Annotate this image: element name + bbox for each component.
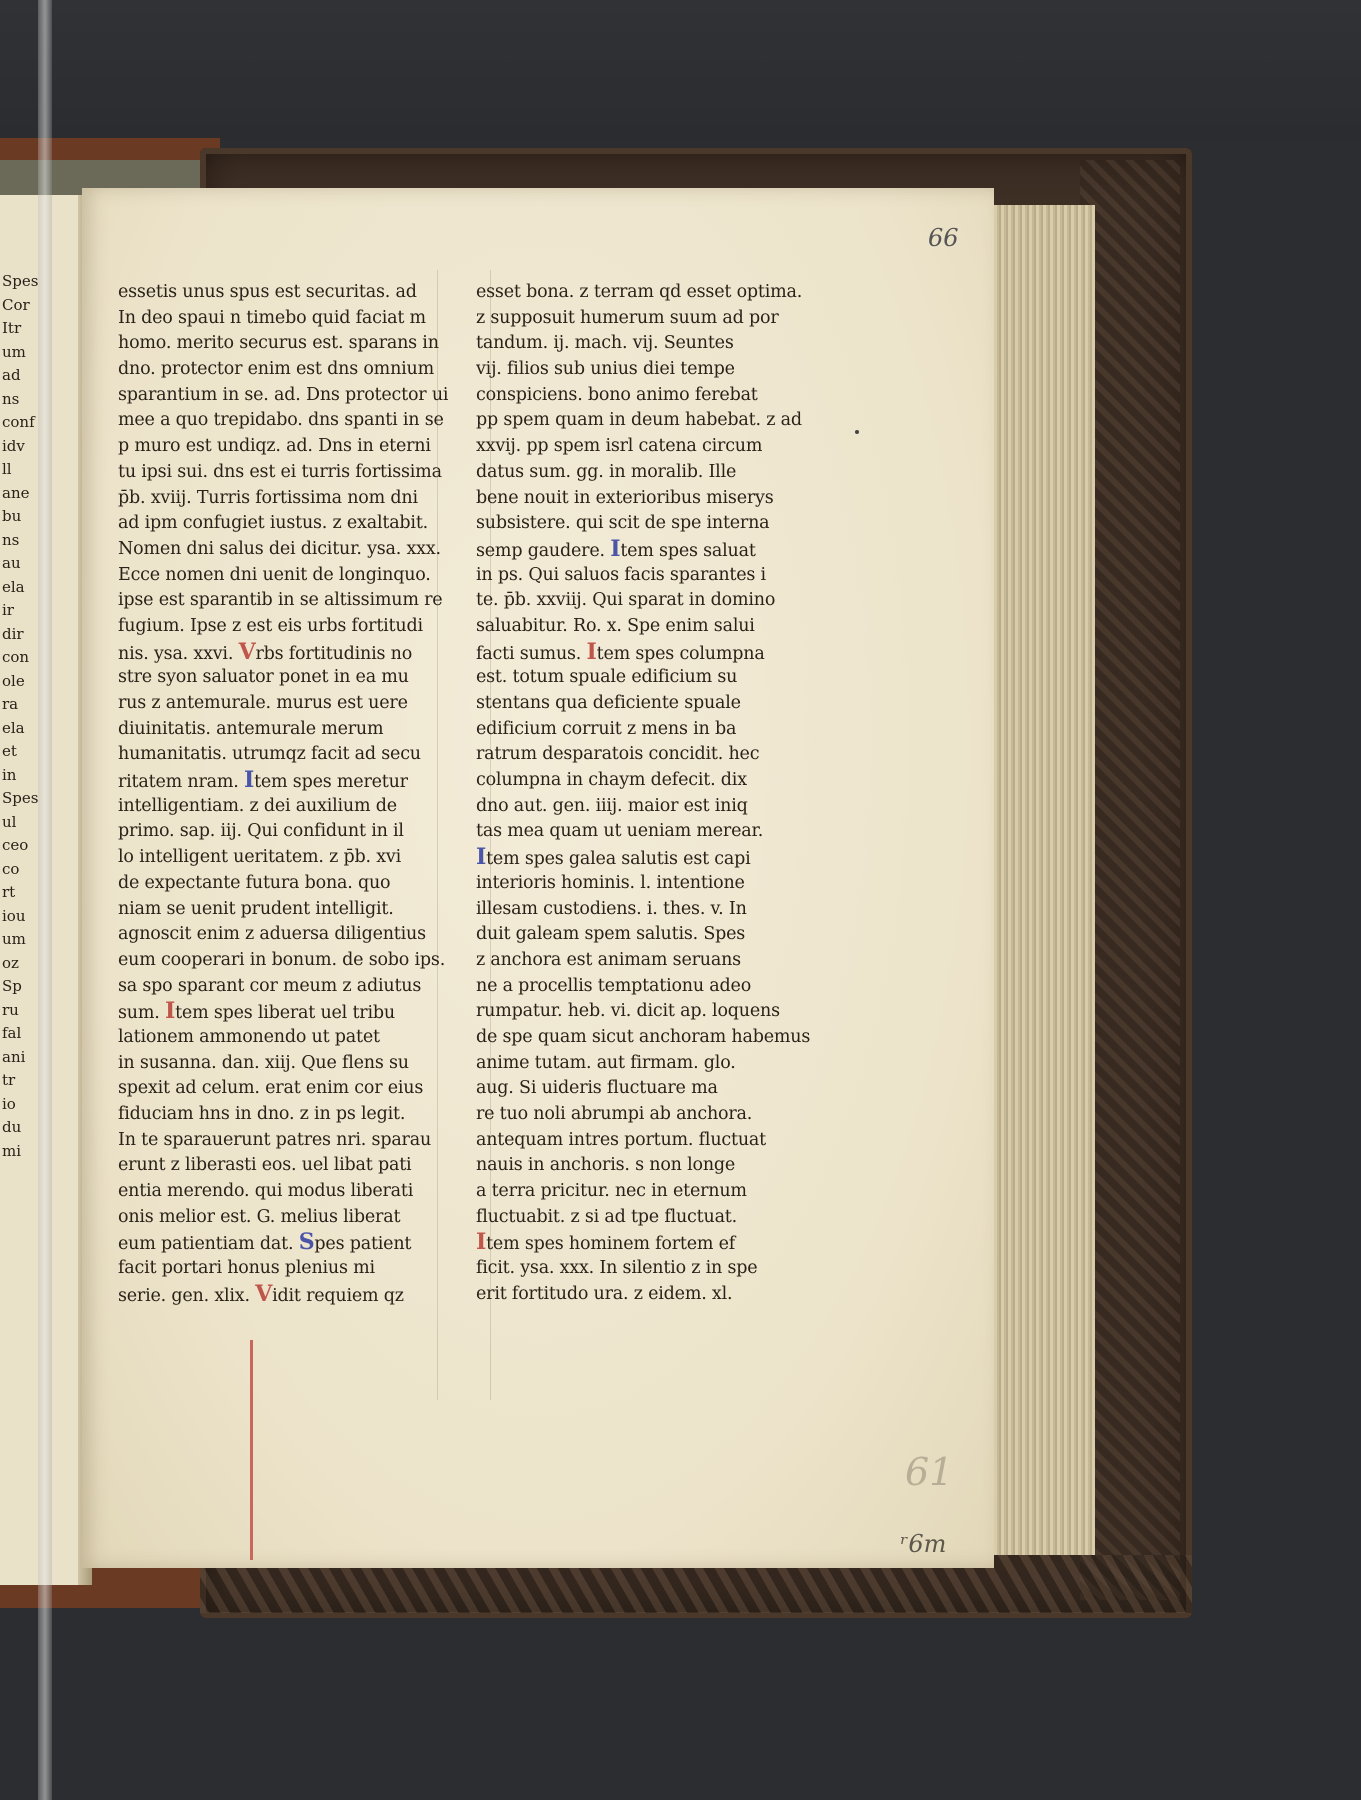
tooled-border-right: [1080, 160, 1180, 1600]
manuscript-line: homo. merito securus est. sparans in: [118, 331, 448, 357]
manuscript-line: nauis in anchoris. s non longe: [476, 1153, 836, 1179]
manuscript-line: spexit ad celum. erat enim cor eius: [118, 1076, 448, 1102]
manuscript-line: rus z antemurale. murus est uere: [118, 691, 448, 717]
manuscript-line: tas mea quam ut ueniam merear.: [476, 819, 836, 845]
manuscript-line: ficit. ysa. xxx. In silentio z in spe: [476, 1256, 836, 1282]
manuscript-line: tandum. ij. mach. vij. Seuntes: [476, 331, 836, 357]
manuscript-line: in ps. Qui saluos facis sparantes i: [476, 563, 836, 589]
red-pen-flourish: [250, 1340, 253, 1560]
manuscript-line: sum. Item spes liberat uel tribu: [118, 999, 448, 1025]
manuscript-line: columpna in chaym defecit. dix: [476, 768, 836, 794]
manuscript-line: In te sparauerunt patres nri. sparau: [118, 1128, 448, 1154]
manuscript-line: illesam custodiens. i. thes. v. In: [476, 897, 836, 923]
manuscript-line: bene nouit in exterioribus miserys: [476, 486, 836, 512]
manuscript-line: Item spes hominem fortem ef: [476, 1230, 836, 1256]
manuscript-line: mee a quo trepidabo. dns spanti in se: [118, 408, 448, 434]
manuscript-line: nis. ysa. xxvi. Vrbs fortitudinis no: [118, 640, 448, 666]
manuscript-line: ipse est sparantib in se altissimum re: [118, 588, 448, 614]
manuscript-line: semp gaudere. Item spes saluat: [476, 537, 836, 563]
manuscript-line: Nomen dni salus dei dicitur. ysa. xxx.: [118, 537, 448, 563]
ink-dot: [855, 430, 859, 434]
manuscript-line: lationem ammonendo ut patet: [118, 1025, 448, 1051]
decorated-initial: V: [239, 640, 256, 666]
glass-weight-rod: [38, 0, 52, 1800]
manuscript-line: dno. protector enim est dns omnium: [118, 357, 448, 383]
manuscript-line: edificium corruit z mens in ba: [476, 717, 836, 743]
manuscript-line: pp spem quam in deum habebat. z ad: [476, 408, 836, 434]
manuscript-line: antequam intres portum. fluctuat: [476, 1128, 836, 1154]
manuscript-line: subsistere. qui scit de spe interna: [476, 511, 836, 537]
manuscript-line: serie. gen. xlix. Vidit requiem qz: [118, 1282, 448, 1308]
manuscript-line: fugium. Ipse z est eis urbs fortitudi: [118, 614, 448, 640]
decorated-initial: I: [244, 768, 254, 794]
manuscript-line: stre syon saluator ponet in ea mu: [118, 665, 448, 691]
manuscript-line: fiduciam hns in dno. z in ps legit.: [118, 1102, 448, 1128]
manuscript-line: essetis unus spus est securitas. ad: [118, 280, 448, 306]
manuscript-line: ad ipm confugiet iustus. z exaltabit.: [118, 511, 448, 537]
manuscript-line: humanitatis. utrumqz facit ad secu: [118, 742, 448, 768]
manuscript-line: agnoscit enim z aduersa diligentius: [118, 922, 448, 948]
manuscript-line: xxvij. pp spem isrl catena circum: [476, 434, 836, 460]
manuscript-line: z supposuit humerum suum ad por: [476, 306, 836, 332]
manuscript-line: a terra pricitur. nec in eternum: [476, 1179, 836, 1205]
decorated-initial: I: [476, 1230, 486, 1256]
folio-number: 66: [928, 224, 959, 252]
decorated-initial: S: [299, 1230, 315, 1256]
manuscript-line: erunt z liberasti eos. uel libat pati: [118, 1153, 448, 1179]
manuscript-line: duit galeam spem salutis. Spes: [476, 922, 836, 948]
manuscript-line: p̄b. xviij. Turris fortissima nom dni: [118, 486, 448, 512]
manuscript-line: facit portari honus plenius mi: [118, 1256, 448, 1282]
manuscript-line: facti sumus. Item spes columpna: [476, 640, 836, 666]
manuscript-line: dno aut. gen. iiij. maior est iniq: [476, 794, 836, 820]
decorated-initial: I: [587, 640, 597, 666]
manuscript-line: niam se uenit prudent intelligit.: [118, 897, 448, 923]
manuscript-line: est. totum spuale edificium su: [476, 665, 836, 691]
manuscript-line: te. p̄b. xxviij. Qui sparat in domino: [476, 588, 836, 614]
manuscript-line: In deo spaui n timebo quid faciat m: [118, 306, 448, 332]
manuscript-line: ritatem nram. Item spes meretur: [118, 768, 448, 794]
decorated-initial: I: [610, 537, 620, 563]
manuscript-line: onis melior est. G. melius liberat: [118, 1205, 448, 1231]
manuscript-line: sparantium in se. ad. Dns protector uite: [118, 383, 448, 409]
decorated-initial: I: [476, 845, 486, 871]
manuscript-line: rumpatur. heb. vi. dicit ap. loquens: [476, 999, 836, 1025]
manuscript-line: erit fortitudo ura. z eidem. xl.: [476, 1282, 836, 1308]
decorated-initial: V: [255, 1282, 272, 1308]
manuscript-line: tu ipsi sui. dns est ei turris fortissim…: [118, 460, 448, 486]
manuscript-line: conspiciens. bono animo ferebat: [476, 383, 836, 409]
manuscript-line: in susanna. dan. xiij. Que flens su: [118, 1051, 448, 1077]
manuscript-line: ratrum desparatois concidit. hec: [476, 742, 836, 768]
manuscript-line: primo. sap. iij. Qui confidunt in il: [118, 819, 448, 845]
pencil-shelf-note: ʳ6m: [900, 1530, 946, 1558]
manuscript-line: eum patientiam dat. Spes patient: [118, 1230, 448, 1256]
manuscript-line: fluctuabit. z si ad tpe fluctuat.: [476, 1205, 836, 1231]
manuscript-line: vij. filios sub unius diei tempe: [476, 357, 836, 383]
manuscript-line: z anchora est animam seruans: [476, 948, 836, 974]
text-column-2: esset bona. z terram qd esset optima.z s…: [476, 280, 836, 1308]
manuscript-line: aug. Si uideris fluctuare ma: [476, 1076, 836, 1102]
manuscript-line: de expectante futura bona. quo: [118, 871, 448, 897]
manuscript-line: ne a procellis temptationu adeo: [476, 974, 836, 1000]
manuscript-line: entia merendo. qui modus liberati: [118, 1179, 448, 1205]
manuscript-line: datus sum. gg. in moralib. Ille: [476, 460, 836, 486]
manuscript-line: p muro est undiqz. ad. Dns in eterni: [118, 434, 448, 460]
manuscript-line: re tuo noli abrumpi ab anchora.: [476, 1102, 836, 1128]
page-edges-text-block: [985, 205, 1095, 1555]
manuscript-line: interioris hominis. l. intentione: [476, 871, 836, 897]
manuscript-line: Ecce nomen dni uenit de longinquo.: [118, 563, 448, 589]
faint-pencil-number: 61: [905, 1450, 953, 1494]
manuscript-line: sa spo sparant cor meum z adiutus: [118, 974, 448, 1000]
manuscript-line: intelligentiam. z dei auxilium de: [118, 794, 448, 820]
manuscript-line: saluabitur. Ro. x. Spe enim salui: [476, 614, 836, 640]
manuscript-line: eum cooperari in bonum. de sobo ips.: [118, 948, 448, 974]
manuscript-line: stentans qua deficiente spuale: [476, 691, 836, 717]
manuscript-line: Item spes galea salutis est capi: [476, 845, 836, 871]
dark-backdrop: [0, 0, 1361, 140]
manuscript-line: de spe quam sicut anchoram habemus: [476, 1025, 836, 1051]
decorated-initial: I: [165, 999, 175, 1025]
manuscript-line: esset bona. z terram qd esset optima.: [476, 280, 836, 306]
manuscript-line: lo intelligent ueritatem. z p̄b. xvi: [118, 845, 448, 871]
text-column-1: essetis unus spus est securitas. adIn de…: [118, 280, 448, 1308]
manuscript-line: anime tutam. aut firmam. glo.: [476, 1051, 836, 1077]
manuscript-line: diuinitatis. antemurale merum: [118, 717, 448, 743]
